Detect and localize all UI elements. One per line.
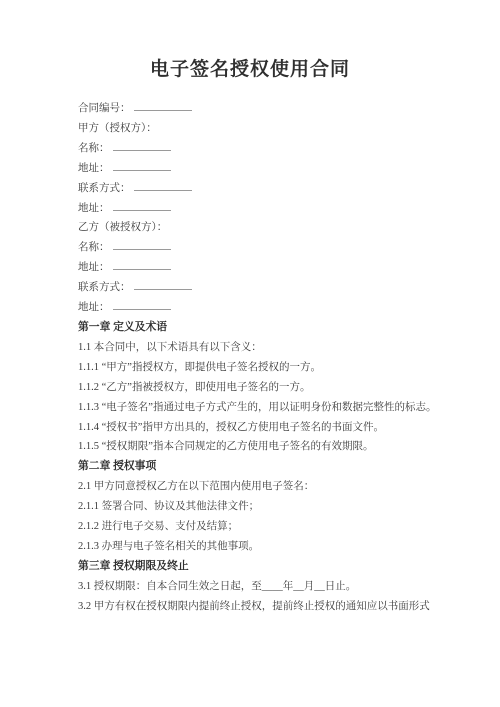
field-party-a-name: 名称： bbox=[78, 139, 442, 159]
blank-underline bbox=[113, 300, 171, 310]
field-party-a-address: 地址： bbox=[78, 159, 442, 179]
blank-underline bbox=[134, 181, 192, 191]
field-party-b-address2: 地址： bbox=[78, 298, 442, 318]
field-label: 地址： bbox=[78, 302, 110, 313]
field-label: 名称： bbox=[78, 242, 110, 253]
field-label: 地址： bbox=[78, 262, 110, 273]
clause-1-1-1: 1.1.1 “甲方”指授权方，即提供电子签名授权的一方。 bbox=[78, 358, 442, 378]
chapter-1-heading: 第一章 定义及术语 bbox=[78, 318, 442, 338]
field-label: 联系方式： bbox=[78, 282, 131, 293]
chapter-3-heading: 第三章 授权期限及终止 bbox=[78, 557, 442, 577]
blank-underline bbox=[113, 240, 171, 250]
clause-1-1-2: 1.1.2 “乙方”指被授权方，即使用电子签名的一方。 bbox=[78, 378, 442, 398]
field-party-b-name: 名称： bbox=[78, 238, 442, 258]
blank-underline bbox=[113, 201, 171, 211]
field-label: 地址： bbox=[78, 203, 110, 214]
clause-1-1-3: 1.1.3 “电子签名”指通过电子方式产生的，用以证明身份和数据完整性的标志。 bbox=[78, 398, 442, 418]
field-party-a-contact: 联系方式： bbox=[78, 179, 442, 199]
clause-2-1-2: 2.1.2 进行电子交易、支付及结算； bbox=[78, 517, 442, 537]
document-title: 电子签名授权使用合同 bbox=[58, 57, 442, 83]
contract-page: 电子签名授权使用合同 合同编号： 甲方（授权方）： 名称： 地址： 联系方式： … bbox=[0, 0, 500, 707]
field-label: 乙方（被授权方）： bbox=[78, 222, 167, 233]
field-label: 联系方式： bbox=[78, 183, 131, 194]
field-party-a-address2: 地址： bbox=[78, 199, 442, 219]
blank-underline bbox=[134, 280, 192, 290]
clause-1-1-4: 1.1.4 “授权书”指甲方出具的，授权乙方使用电子签名的书面文件。 bbox=[78, 418, 442, 438]
clause-2-1: 2.1 甲方同意授权乙方在以下范围内使用电子签名： bbox=[78, 477, 442, 497]
blank-underline bbox=[113, 141, 171, 151]
field-label: 地址： bbox=[78, 163, 110, 174]
clause-1-1-5: 1.1.5 “授权期限”指本合同规定的乙方使用电子签名的有效期限。 bbox=[78, 437, 442, 457]
clause-2-1-3: 2.1.3 办理与电子签名相关的其他事项。 bbox=[78, 537, 442, 557]
clause-3-2: 3.2 甲方有权在授权期限内提前终止授权，提前终止授权的通知应以书面形式 bbox=[78, 597, 442, 617]
clause-2-1-1: 2.1.1 签署合同、协议及其他法律文件； bbox=[78, 497, 442, 517]
clause-1-1: 1.1 本合同中，以下术语具有以下含义： bbox=[78, 338, 442, 358]
blank-underline bbox=[113, 260, 171, 270]
blank-underline bbox=[134, 101, 192, 111]
field-party-b: 乙方（被授权方）： bbox=[78, 218, 442, 238]
field-party-a: 甲方（授权方）： bbox=[78, 119, 442, 139]
clause-3-1: 3.1 授权期限：自本合同生效之日起，至____年__月__日止。 bbox=[78, 577, 442, 597]
chapter-2-heading: 第二章 授权事项 bbox=[78, 457, 442, 477]
field-party-b-contact: 联系方式： bbox=[78, 278, 442, 298]
field-label: 甲方（授权方）： bbox=[78, 123, 157, 134]
field-label: 名称： bbox=[78, 143, 110, 154]
blank-underline bbox=[113, 161, 171, 171]
field-label: 合同编号： bbox=[78, 103, 131, 114]
field-contract-number: 合同编号： bbox=[78, 99, 442, 119]
field-party-b-address: 地址： bbox=[78, 258, 442, 278]
